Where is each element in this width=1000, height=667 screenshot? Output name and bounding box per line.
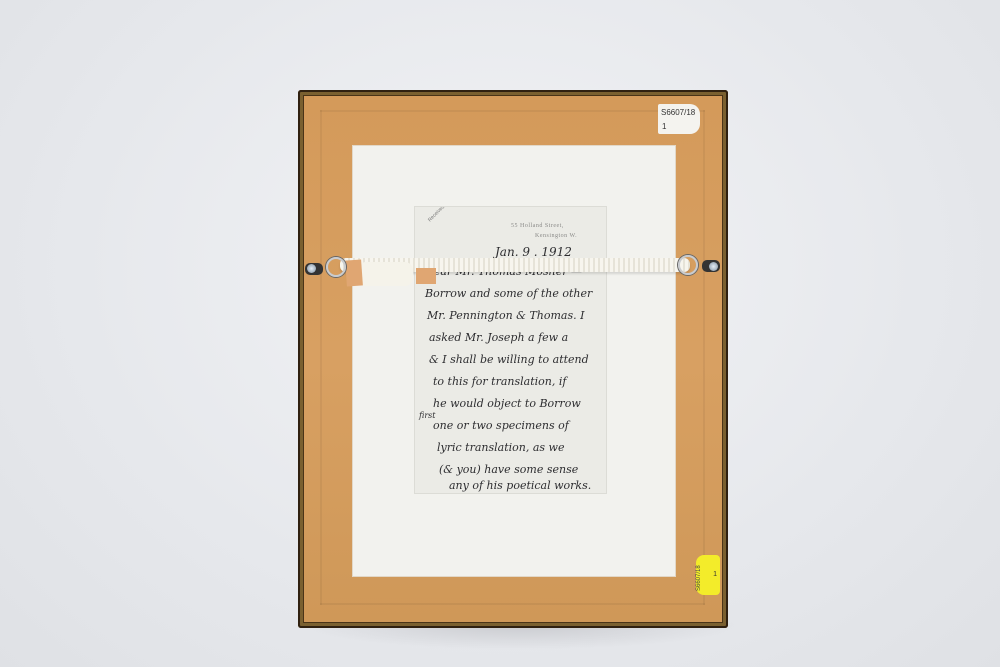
letter-line: one or two specimens of — [433, 419, 569, 432]
letter-line: asked Mr. Joseph a few a — [429, 331, 568, 344]
letter-line: Borrow and some of the other — [425, 287, 592, 300]
lot-number: 1 — [662, 122, 666, 131]
letter-line: (& you) have some sense — [439, 463, 578, 476]
screw-icon — [307, 264, 316, 273]
letterhead-line-1: 55 Holland Street, — [511, 223, 564, 229]
d-ring-right — [678, 255, 698, 275]
handwritten-letter: Received 55 Holland Street, Kensington W… — [415, 207, 606, 493]
cord-tape-center — [416, 268, 436, 284]
lot-sticker-yellow: S6607/18 1 — [696, 555, 720, 595]
letter-line: any of his poetical works. — [449, 479, 591, 492]
lot-code: S6607/18 — [661, 108, 695, 117]
letter-line: Mr. Pennington & Thomas. I — [427, 309, 584, 322]
tape-seam-bottom — [320, 603, 705, 605]
corner-stamp: Received — [427, 207, 460, 223]
screw-icon — [709, 262, 718, 271]
letter-line: to this for translation, if — [433, 375, 566, 388]
tape-seam-left — [320, 110, 322, 605]
cord-tape-left — [345, 259, 363, 286]
tape-seam-right — [703, 110, 705, 605]
d-ring-left — [326, 257, 346, 277]
cord-knot — [358, 262, 413, 286]
lot-code: S6607/18 — [696, 565, 702, 591]
tape-seam-top — [320, 110, 705, 112]
letter-line: lyric translation, as we — [437, 441, 564, 454]
letterhead-line-2: Kensington W. — [535, 233, 577, 239]
letter-line: & I shall be willing to attend — [429, 353, 589, 366]
lot-number: 1 — [713, 571, 717, 578]
letter-line: he would object to Borrow — [433, 397, 581, 410]
letter-date: Jan. 9 . 1912 — [495, 245, 572, 259]
lot-sticker-white: S6607/18 1 — [658, 104, 700, 134]
